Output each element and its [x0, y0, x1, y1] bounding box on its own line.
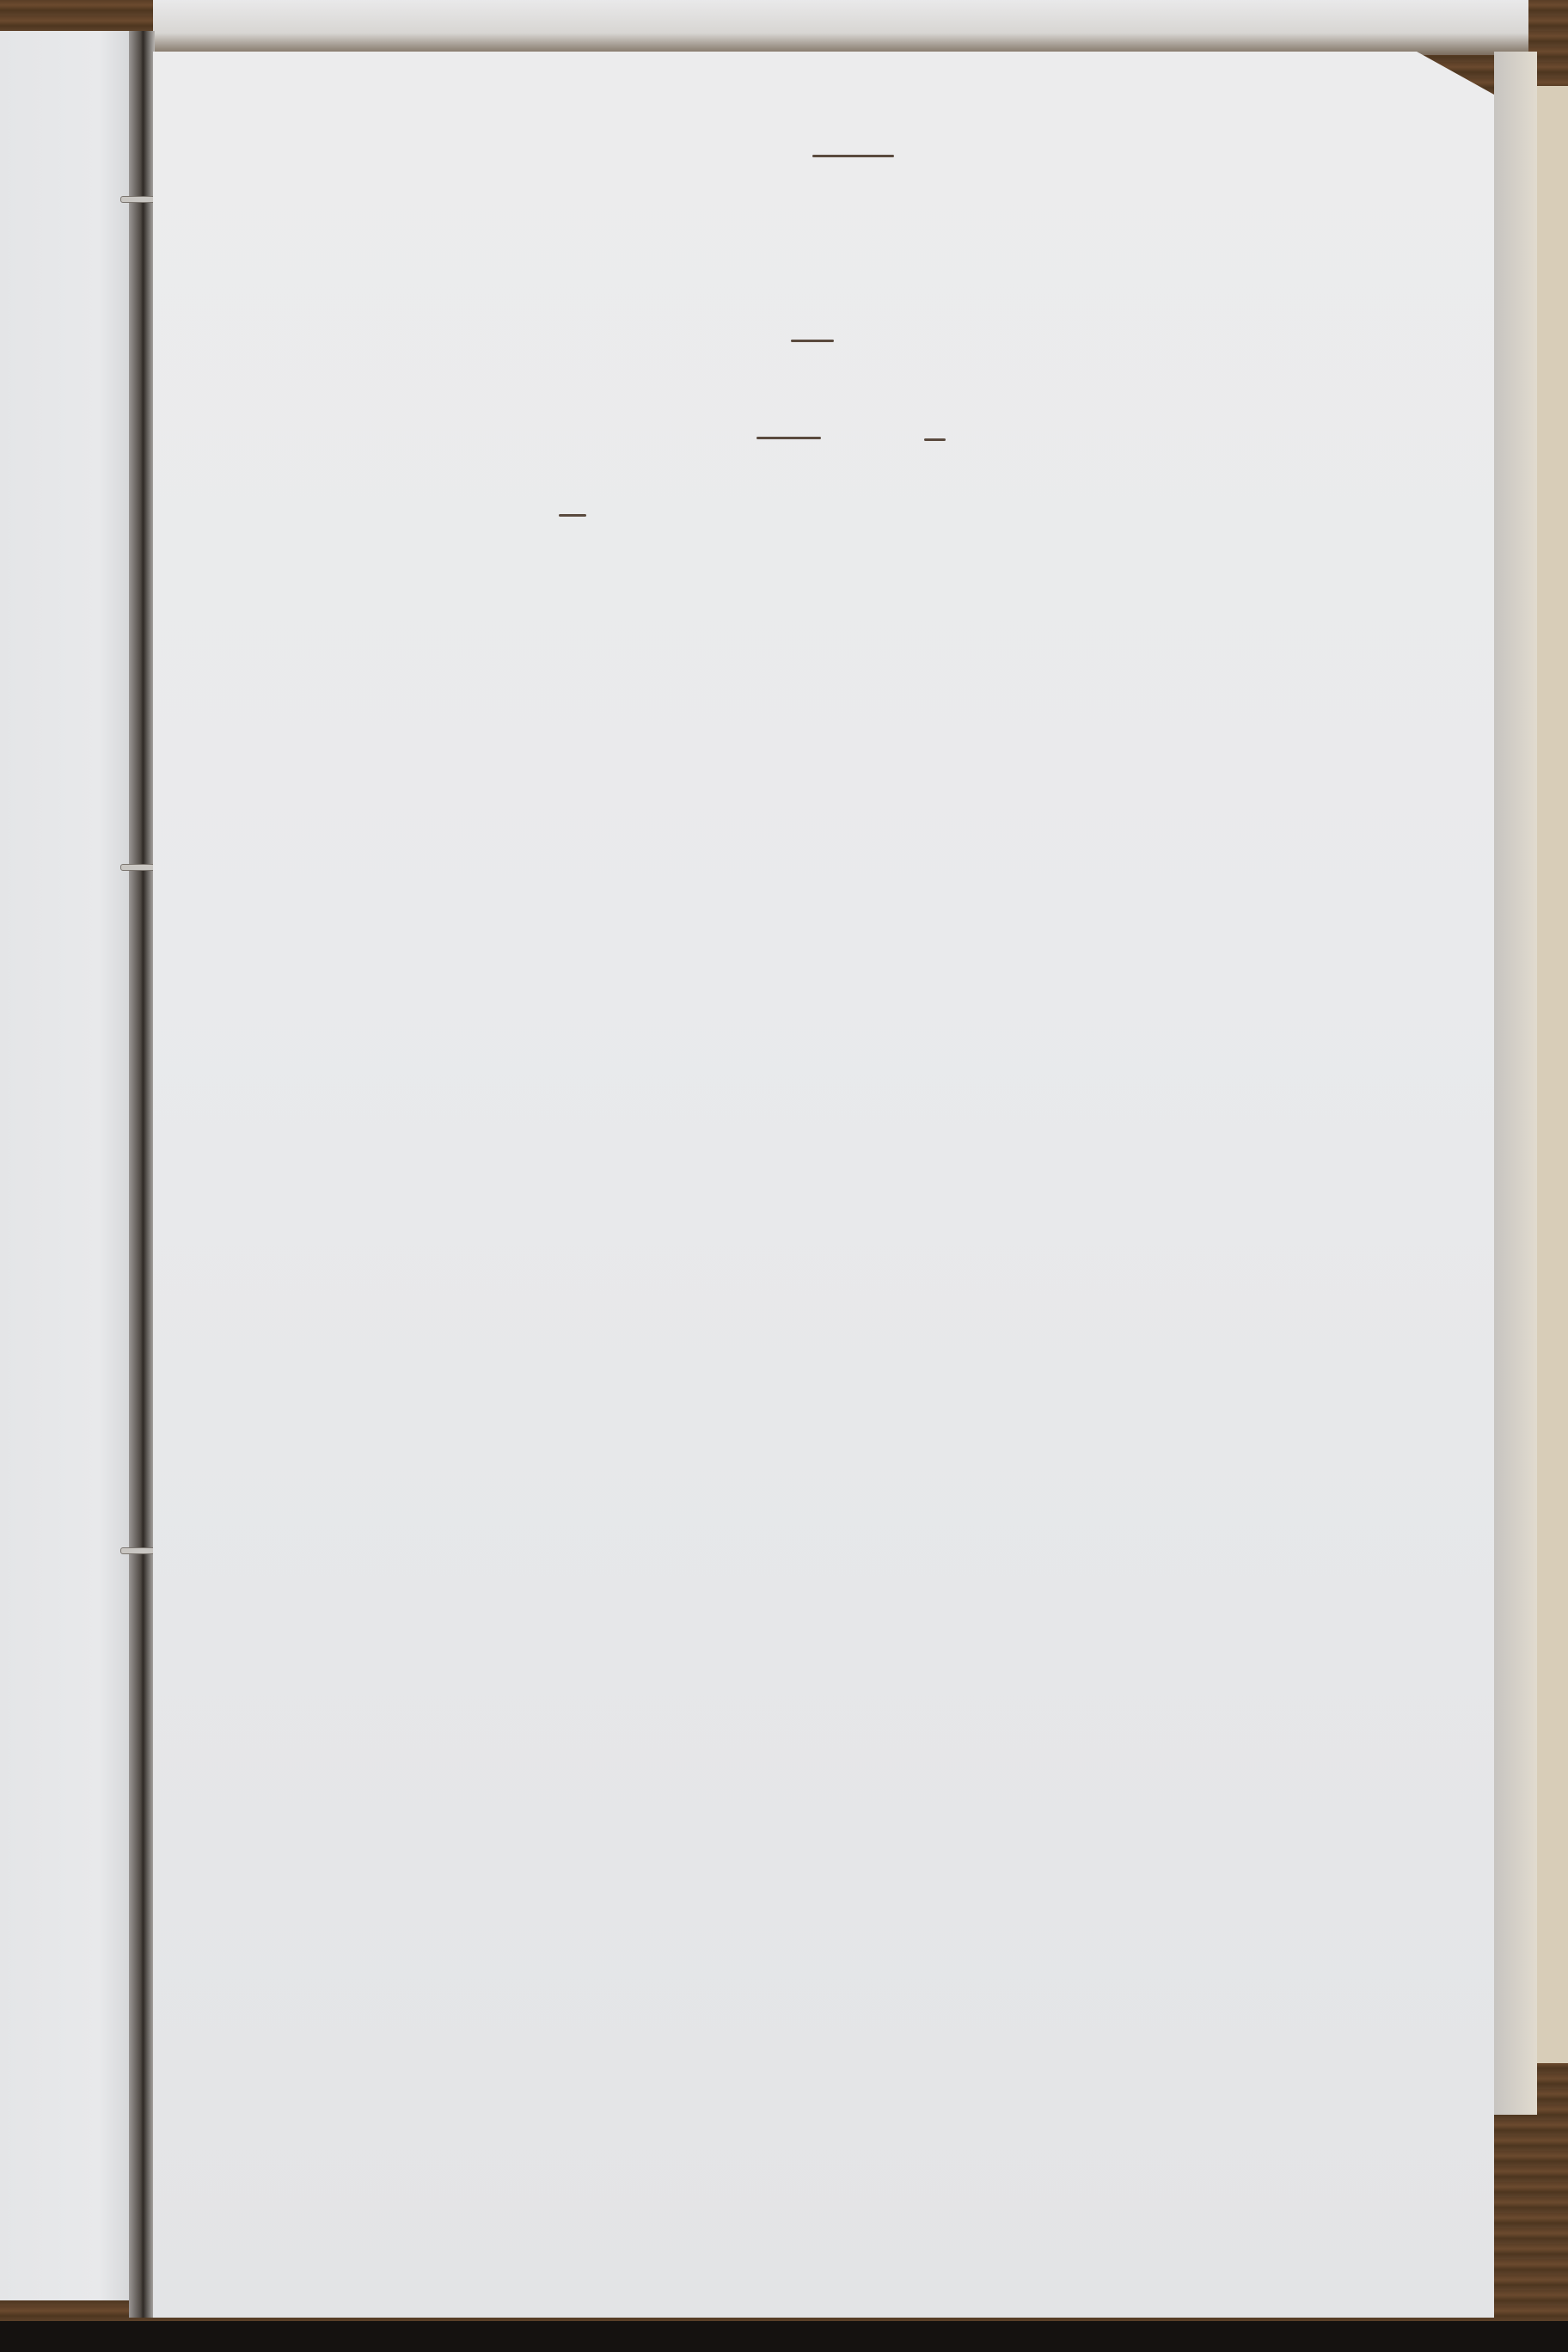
signature-dash: [559, 514, 586, 517]
signature-dash: [791, 340, 834, 342]
book-binding: [129, 31, 155, 2318]
document-page: [153, 52, 1494, 2318]
left-facing-page: [0, 31, 142, 2300]
top-sheet-edge: [153, 0, 1528, 55]
page-right-edge: [1494, 52, 1537, 2115]
dark-edge: [0, 2321, 1568, 2352]
signature-dash: [924, 438, 946, 441]
page-stack-edge: [1537, 86, 1568, 2063]
signature-dash: [812, 155, 894, 157]
signature-dash: [756, 437, 821, 439]
